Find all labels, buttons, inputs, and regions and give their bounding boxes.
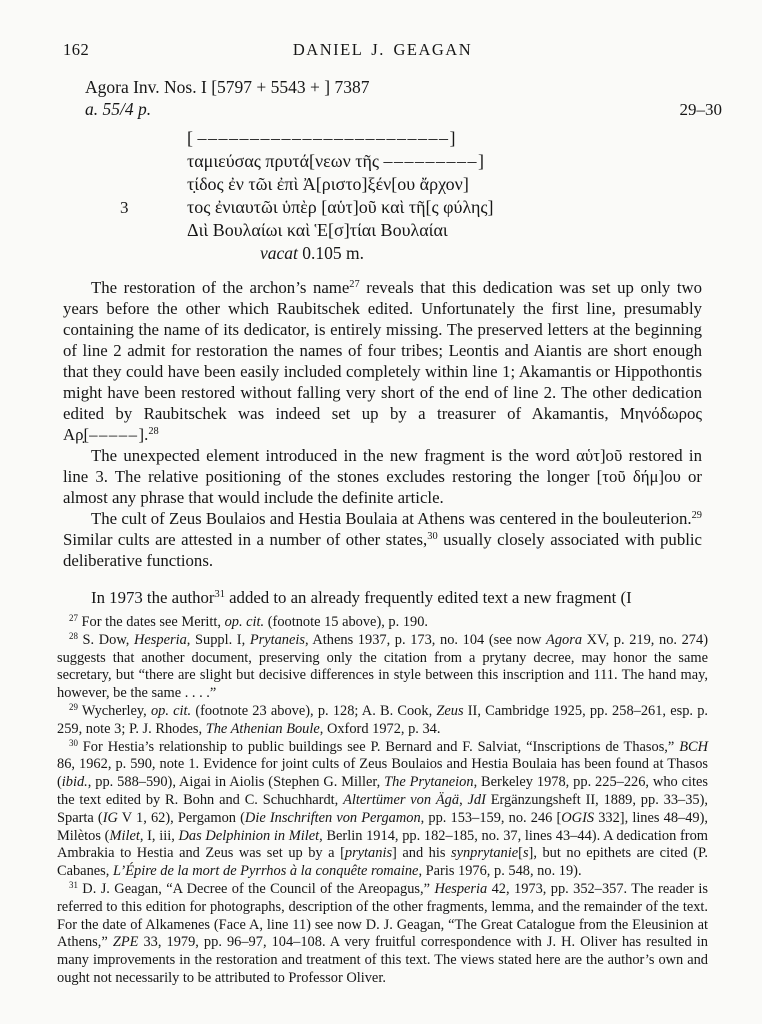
inscription-line-text: Διὶ Βουλαίωι καὶ Ἑ[σ]τίαι Βουλαίαι [187,219,448,242]
footnotes: 27 For the dates see Meritt, op. cit. (f… [63,614,702,988]
paragraph: The cult of Zeus Boulaios and Hestia Bou… [63,508,702,571]
inscription-line: Διὶ Βουλαίωι καὶ Ἑ[σ]τίαι Βουλαίαι [63,219,702,242]
inventory-line: Agora Inv. Nos. I [5797 + 5543 + ] 7387 [85,76,702,98]
line-number: 3 [63,196,187,219]
inscription-line-text: [ ––––––––––––––––––––––––] [187,127,456,150]
footnote: 27 For the dates see Meritt, op. cit. (f… [57,614,708,632]
inscription-heading: Agora Inv. Nos. I [5797 + 5543 + ] 7387 … [85,76,702,121]
greek-inscription: [ ––––––––––––––––––––––––] ταμιεύσας πρ… [63,127,702,242]
footnote: 31 D. J. Geagan, “A Decree of the Counci… [57,881,708,988]
journal-page: 162 DANIEL J. GEAGAN Agora Inv. Nos. I [… [0,0,762,1024]
paragraph: In 1973 the author31 added to an already… [63,587,702,608]
paragraph: The restoration of the archon’s name27 r… [63,277,702,445]
inscription-line-text: τ̣ίδος ἐν τῶι ἐπὶ Ἀ[ριστο]ξέν[ου ἄρχον] [187,173,469,196]
footnote: 28 S. Dow, Hesperia, Suppl. I, Prytaneis… [57,632,708,703]
inscription-line-text: τος ἐνιαυτῶι ὑπὲρ [αὑτ]οῦ καὶ τῆ[ς φύλης… [187,196,494,219]
line-number [63,219,187,242]
inscription-line: [ ––––––––––––––––––––––––] [63,127,702,150]
date-row: a. 55/4 p. 29–30 [85,98,702,121]
inscription-date: a. 55/4 p. [85,98,151,120]
inscription-line: 3 τος ἐνιαυτῶι ὑπὲρ [αὑτ]οῦ καὶ τῆ[ς φύλ… [63,196,702,219]
line-number [63,173,187,196]
inscription-line: τ̣ίδος ἐν τῶι ἐπὶ Ἀ[ριστο]ξέν[ου ἄρχον] [63,173,702,196]
vacat-note: vacat 0.105 m. [260,242,702,265]
footnote: 29 Wycherley, op. cit. (footnote 23 abov… [57,703,708,739]
inscription-line-text: ταμιεύσας πρυτά[νεων τῆς –––––––––] [187,150,484,173]
running-head: DANIEL J. GEAGAN [63,40,702,60]
footnote: 30 For Hestia’s relationship to public b… [57,739,708,881]
main-text: The restoration of the archon’s name27 r… [63,277,702,608]
line-number [63,127,187,150]
line-range-reference: 29–30 [680,99,723,121]
paragraph: The unexpected element introduced in the… [63,445,702,508]
inscription-line: ταμιεύσας πρυτά[νεων τῆς –––––––––] [63,150,702,173]
page-header: 162 DANIEL J. GEAGAN [63,40,702,62]
line-number [63,150,187,173]
